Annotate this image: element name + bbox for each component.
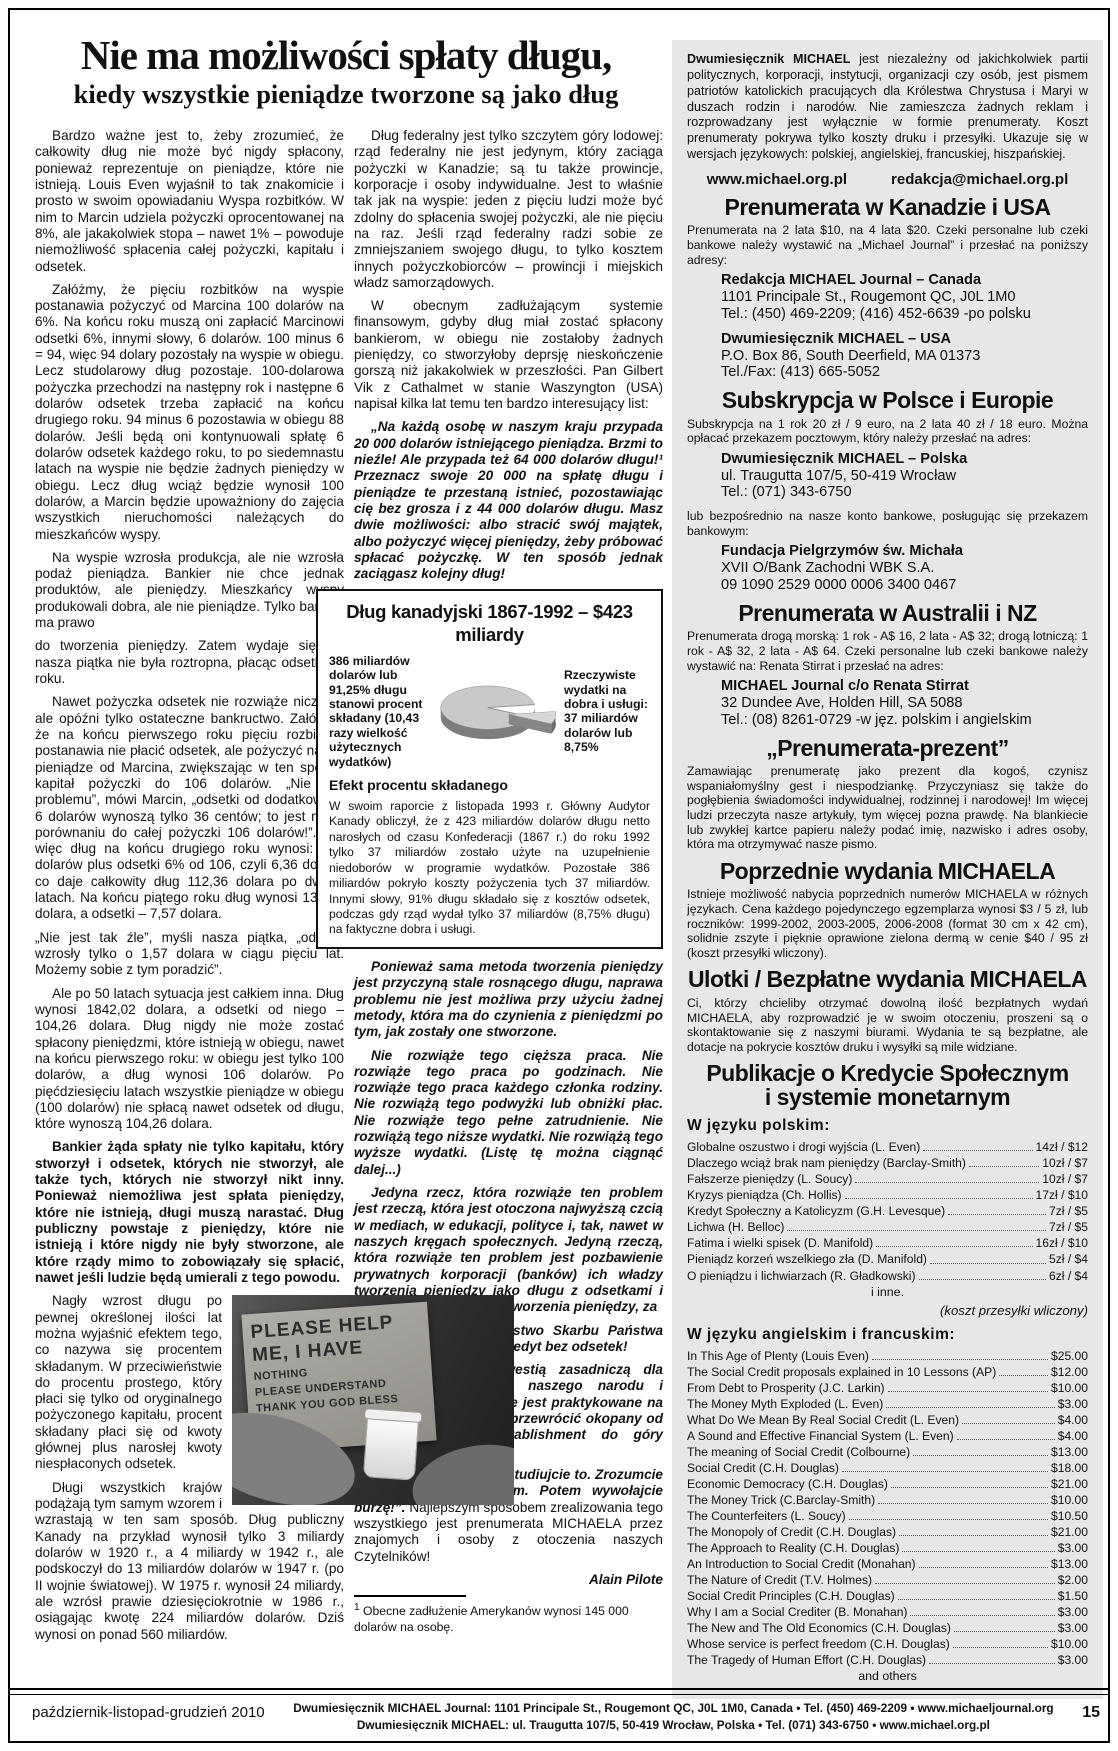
book-title: Lichwa (H. Belloc) bbox=[687, 1220, 784, 1234]
section-body: Prenumerata drogą morską: 1 rok - A$ 16,… bbox=[687, 629, 1088, 673]
dot-leader bbox=[919, 1279, 1046, 1280]
address-line: XVII O/Bank Zachodni WBK S.A. bbox=[721, 560, 1088, 577]
address-line: 32 Dundee Ave, Holden Hill, SA 5088 bbox=[721, 695, 1088, 712]
dot-leader bbox=[957, 1439, 1055, 1440]
book-title: Social Credit (C.H. Douglas) bbox=[687, 1461, 839, 1475]
book-title: An Introduction to Social Credit (Monaha… bbox=[687, 1557, 916, 1571]
book-row: O pieniądzu i lichwiarzach (R. Gładkowsk… bbox=[687, 1269, 1088, 1283]
book-row: Kredyt Społeczny a Katolicyzm (G.H. Leve… bbox=[687, 1204, 1088, 1218]
address-line: ul. Traugutta 107/5, 50-419 Wrocław bbox=[721, 468, 1088, 485]
book-price: 6zł / $4 bbox=[1049, 1269, 1088, 1283]
section-body: Prenumerata na 2 lata $10, na 4 lata $20… bbox=[687, 223, 1088, 267]
address-line: P.O. Box 86, South Deerfield, MA 01373 bbox=[721, 348, 1088, 365]
column-left: Bardzo ważne jest to, żeby zrozumieć, że… bbox=[35, 128, 344, 1650]
dot-leader bbox=[891, 1487, 1048, 1488]
address-block: MICHAEL Journal c/o Renata Stirrat 32 Du… bbox=[721, 678, 1088, 728]
sidebar: Dwumiesięcznik MICHAEL jest niezależny o… bbox=[672, 40, 1103, 1699]
book-row: Fałszerze pieniędzy (L. Soucy) 10zł / $7 bbox=[687, 1172, 1088, 1186]
address-line: Tel.: (08) 8261-0729 -w jęz. polskim i a… bbox=[721, 712, 1088, 729]
dot-leader bbox=[953, 1647, 1048, 1648]
address-title: Redakcja MICHAEL Journal – Canada bbox=[721, 272, 1088, 289]
book-row: From Debt to Prosperity (J.C. Larkin) $1… bbox=[687, 1381, 1088, 1395]
address-title: Fundacja Pielgrzymów św. Michała bbox=[721, 543, 1088, 560]
dot-leader bbox=[969, 1166, 1039, 1167]
dot-leader bbox=[948, 1214, 1046, 1215]
dot-leader bbox=[999, 1375, 1048, 1376]
book-list-polish: Globalne oszustwo i drogi wyjścia (L. Ev… bbox=[687, 1140, 1088, 1282]
chart-title: Dług kanadyjski 1867-1992 – $423 miliard… bbox=[329, 601, 650, 645]
paragraph: W obecnym zadłużającym systemie finansow… bbox=[354, 298, 663, 412]
shipping-note: (koszt przesyłki wliczony) bbox=[687, 1303, 1088, 1318]
hand bbox=[407, 1436, 514, 1505]
email-link[interactable]: redakcja@michael.org.pl bbox=[891, 171, 1068, 188]
paragraph: Załóżmy, że pięciu rozbitków na wyspie p… bbox=[35, 282, 344, 543]
book-price: $13.00 bbox=[1051, 1557, 1088, 1571]
address-line: Tel.: (450) 469-2209; (416) 452-6639 -po… bbox=[721, 306, 1088, 323]
book-title: Why I am a Social Crediter (B. Monahan) bbox=[687, 1605, 907, 1619]
book-title: Dlaczego wciąż brak nam pieniędzy (Barcl… bbox=[687, 1156, 966, 1170]
paragraph: Bardzo ważne jest to, żeby zrozumieć, że… bbox=[35, 128, 344, 275]
footnote-marker: 1 bbox=[354, 1602, 360, 1613]
book-title: Globalne oszustwo i drogi wyjścia (L. Ev… bbox=[687, 1140, 920, 1154]
book-row: In This Age of Plenty (Louis Even) $25.0… bbox=[687, 1349, 1088, 1363]
quote-paragraph: „Na każdą osobę w naszym kraju przypada … bbox=[354, 419, 663, 582]
section-body: Ci, którzy chcieliby otrzymać dowolną il… bbox=[687, 996, 1088, 1055]
book-price: $4.00 bbox=[1058, 1413, 1088, 1427]
book-row: The Social Credit proposals explained in… bbox=[687, 1365, 1088, 1379]
book-price: 14zł / $12 bbox=[1036, 1140, 1088, 1154]
dot-leader bbox=[930, 1263, 1046, 1264]
journal-name: Dwumiesięcznik MICHAEL bbox=[687, 52, 850, 66]
paragraph: Na wyspie wzrosła produkcja, ale nie wzr… bbox=[35, 550, 344, 632]
footnote-text: Obecne zadłużenie Amerykanów wynosi 145 … bbox=[354, 1604, 629, 1633]
section-header-australia-nz: Prenumerata w Australii i NZ bbox=[687, 602, 1088, 625]
book-price: $10.00 bbox=[1051, 1493, 1088, 1507]
footnote: 1 Obecne zadłużenie Amerykanów wynosi 14… bbox=[354, 1602, 663, 1635]
section-header-ulotki: Ulotki / Bezpłatne wydania MICHAELA bbox=[687, 968, 1088, 991]
book-row: An Introduction to Social Credit (Monaha… bbox=[687, 1557, 1088, 1571]
dot-leader bbox=[898, 1599, 1055, 1600]
article-header: Nie ma możliwości spłaty długu, kiedy ws… bbox=[30, 34, 662, 109]
book-row: Social Credit Principles (C.H. Douglas) … bbox=[687, 1589, 1088, 1603]
book-title: The Nature of Credit (T.V. Holmes) bbox=[687, 1573, 872, 1587]
paragraph: Dług federalny jest tylko szczytem góry … bbox=[354, 128, 663, 291]
chart-box: Dług kanadyjski 1867-1992 – $423 miliard… bbox=[316, 589, 663, 949]
section-header-publikacje: Publikacje o Kredycie Społecznym i syste… bbox=[687, 1062, 1088, 1109]
page-number: 15 bbox=[1082, 1700, 1100, 1722]
book-price: $1.50 bbox=[1058, 1589, 1088, 1603]
address-block: Redakcja MICHAEL Journal – Canada 1101 P… bbox=[721, 272, 1088, 322]
publisher-line-poland: Dwumiesięcznik MICHAEL: ul. Traugutta 10… bbox=[279, 1717, 1069, 1734]
book-title: The meaning of Social Credit (Colbourne) bbox=[687, 1445, 910, 1459]
dot-leader bbox=[899, 1535, 1048, 1536]
book-title: Pieniądz korzeń wszelkiego zła (D. Manif… bbox=[687, 1252, 927, 1266]
book-price: $12.00 bbox=[1051, 1365, 1088, 1379]
book-title: From Debt to Prosperity (J.C. Larkin) bbox=[687, 1381, 885, 1395]
address-block: Dwumiesięcznik MICHAEL – USA P.O. Box 86… bbox=[721, 331, 1088, 381]
address-line: Tel./Fax: (413) 665-5052 bbox=[721, 364, 1088, 381]
book-title: The New and The Old Economics (C.H. Doug… bbox=[687, 1621, 951, 1635]
book-price: 7zł / $5 bbox=[1049, 1204, 1088, 1218]
dot-leader bbox=[787, 1230, 1046, 1231]
publications-title-line2: i systemie monetarnym bbox=[687, 1086, 1088, 1109]
pie-chart bbox=[429, 658, 559, 764]
footer-rule bbox=[10, 1688, 1108, 1695]
book-price: $10.00 bbox=[1051, 1637, 1088, 1651]
paragraph-bold-italic: Nie rozwiąże tego cięższa praca. Nie roz… bbox=[354, 1048, 663, 1179]
more-note: i inne. bbox=[687, 1285, 1088, 1299]
section-header-polska-europa: Subskrypcja w Polsce i Europie bbox=[687, 389, 1088, 412]
book-price: $13.00 bbox=[1051, 1445, 1088, 1459]
book-row: Fatima i wielki spisek (D. Manifold) 16z… bbox=[687, 1236, 1088, 1250]
dot-leader bbox=[962, 1423, 1055, 1424]
paper-cup bbox=[362, 1413, 418, 1480]
book-title: The Counterfeiters (L. Soucy) bbox=[687, 1509, 846, 1523]
book-price: $21.00 bbox=[1051, 1477, 1088, 1491]
section-body: Istnieje możliwość nabycia poprzednich n… bbox=[687, 887, 1088, 960]
book-price: $3.00 bbox=[1058, 1541, 1088, 1555]
section-header-kanada-usa: Prenumerata w Kanadzie i USA bbox=[687, 196, 1088, 219]
bank-note: lub bezpośrednio na nasze konto bankowe,… bbox=[687, 509, 1088, 538]
chart-caption: W swoim raporcie z listopada 1993 r. Głó… bbox=[329, 799, 650, 938]
book-row: Economic Democracy (C.H. Douglas) $21.00 bbox=[687, 1477, 1088, 1491]
book-row: What Do We Mean By Real Social Credit (L… bbox=[687, 1413, 1088, 1427]
book-price: $3.00 bbox=[1058, 1621, 1088, 1635]
book-title: Social Credit Principles (C.H. Douglas) bbox=[687, 1589, 895, 1603]
dot-leader bbox=[902, 1551, 1054, 1552]
book-title: Whose service is perfect freedom (C.H. D… bbox=[687, 1637, 950, 1651]
subsection-polish: W języku polskim: bbox=[687, 1117, 1088, 1135]
dot-leader bbox=[888, 1391, 1048, 1392]
book-price: $18.00 bbox=[1051, 1461, 1088, 1475]
book-row: Pieniądz korzeń wszelkiego zła (D. Manif… bbox=[687, 1252, 1088, 1266]
dot-leader bbox=[929, 1663, 1055, 1664]
book-price: 10zł / $7 bbox=[1042, 1156, 1088, 1170]
dot-leader bbox=[954, 1631, 1055, 1632]
book-row: Dlaczego wciąż brak nam pieniędzy (Barcl… bbox=[687, 1156, 1088, 1170]
book-title: O pieniądzu i lichwiarzach (R. Gładkowsk… bbox=[687, 1269, 916, 1283]
book-price: $3.00 bbox=[1058, 1397, 1088, 1411]
dot-leader bbox=[876, 1246, 1032, 1247]
paragraph-bold: Bankier żąda spłaty nie tylko kapitału, … bbox=[35, 1139, 344, 1286]
address-block: Fundacja Pielgrzymów św. Michała XVII O/… bbox=[721, 543, 1088, 593]
book-title: The Social Credit proposals explained in… bbox=[687, 1365, 996, 1379]
footnote-rule bbox=[354, 1595, 466, 1597]
section-header-prezent: „Prenumerata-prezent” bbox=[687, 737, 1088, 760]
book-title: The Money Myth Exploded (L. Even) bbox=[687, 1397, 883, 1411]
book-title: Kredyt Społeczny a Katolicyzm (G.H. Leve… bbox=[687, 1204, 945, 1218]
book-price: 17zł / $10 bbox=[1036, 1188, 1088, 1202]
paragraph: do tworzenia pieniędzy. Zatem wydaje się… bbox=[35, 638, 344, 687]
book-row: The meaning of Social Credit (Colbourne)… bbox=[687, 1445, 1088, 1459]
book-row: Lichwa (H. Belloc) 7zł / $5 bbox=[687, 1220, 1088, 1234]
book-price: $3.00 bbox=[1058, 1605, 1088, 1619]
address-title: Dwumiesięcznik MICHAEL – Polska bbox=[721, 451, 1088, 468]
website-link[interactable]: www.michael.org.pl bbox=[707, 171, 847, 188]
street-photo: PLEASE HELPME, I HAVENOTHINGPLEASE UNDER… bbox=[232, 1295, 514, 1505]
book-title: The Money Trick (C.Barclay-Smith) bbox=[687, 1493, 875, 1507]
book-price: $3.00 bbox=[1058, 1653, 1088, 1667]
book-row: The Tragedy of Human Effort (C.H. Dougla… bbox=[687, 1653, 1088, 1667]
dot-leader bbox=[849, 1519, 1048, 1520]
book-row: Globalne oszustwo i drogi wyjścia (L. Ev… bbox=[687, 1140, 1088, 1154]
paragraph: Nawet pożyczka odsetek nie rozwiąże nicz… bbox=[35, 694, 344, 922]
publications-title-line1: Publikacje o Kredycie Społecznym bbox=[687, 1062, 1088, 1085]
book-row: The Counterfeiters (L. Soucy) $10.50 bbox=[687, 1509, 1088, 1523]
book-title: What Do We Mean By Real Social Credit (L… bbox=[687, 1413, 959, 1427]
book-title: The Monopoly of Credit (C.H. Douglas) bbox=[687, 1525, 896, 1539]
book-row: Kryzys pieniądza (Ch. Hollis) 17zł / $10 bbox=[687, 1188, 1088, 1202]
book-title: Fałszerze pieniędzy (L. Soucy) bbox=[687, 1172, 852, 1186]
sidebar-intro: Dwumiesięcznik MICHAEL jest niezależny o… bbox=[687, 52, 1088, 163]
book-price: $10.50 bbox=[1051, 1509, 1088, 1523]
book-title: The Tragedy of Human Effort (C.H. Dougla… bbox=[687, 1653, 926, 1667]
book-title: Economic Democracy (C.H. Douglas) bbox=[687, 1477, 888, 1491]
book-row: The Monopoly of Credit (C.H. Douglas) $2… bbox=[687, 1525, 1088, 1539]
chart-row: 386 miliardów dolarów lub 91,25% długu s… bbox=[329, 654, 650, 769]
book-price: $4.00 bbox=[1058, 1429, 1088, 1443]
dot-leader bbox=[842, 1471, 1048, 1472]
book-row: The Money Myth Exploded (L. Even) $3.00 bbox=[687, 1397, 1088, 1411]
issue-date: październik-listopad-grudzień 2010 bbox=[32, 1700, 265, 1721]
page-footer: październik-listopad-grudzień 2010 Dwumi… bbox=[32, 1700, 1100, 1734]
book-price: 5zł / $4 bbox=[1049, 1252, 1088, 1266]
book-price: 16zł / $10 bbox=[1036, 1236, 1088, 1250]
dot-leader bbox=[845, 1198, 1033, 1199]
address-title: Dwumiesięcznik MICHAEL – USA bbox=[721, 331, 1088, 348]
book-price: $10.00 bbox=[1051, 1381, 1088, 1395]
newspaper-page: Nie ma możliwości spłaty długu, kiedy ws… bbox=[0, 0, 1118, 1751]
book-title: The Approach to Reality (C.H. Douglas) bbox=[687, 1541, 899, 1555]
more-note: and others bbox=[687, 1669, 1088, 1683]
subsection-english-french: W języku angielskim i francuskim: bbox=[687, 1326, 1088, 1344]
dot-leader bbox=[875, 1583, 1055, 1584]
book-row: Why I am a Social Crediter (B. Monahan) … bbox=[687, 1605, 1088, 1619]
paragraph: „Nie jest tak źle”, myśli nasza piątka, … bbox=[35, 930, 344, 979]
book-title: Fatima i wielki spisek (D. Manifold) bbox=[687, 1236, 873, 1250]
section-header-poprzednie-wydania: Poprzednie wydania MICHAELA bbox=[687, 860, 1088, 883]
book-title: A Sound and Effective Financial System (… bbox=[687, 1429, 954, 1443]
book-price: 7zł / $5 bbox=[1049, 1220, 1088, 1234]
paragraph-bold-italic: Ponieważ sama metoda tworzenia pieniędzy… bbox=[354, 959, 663, 1041]
dot-leader bbox=[913, 1455, 1048, 1456]
book-list-english: In This Age of Plenty (Louis Even) $25.0… bbox=[687, 1349, 1088, 1667]
contact-links: www.michael.org.pl redakcja@michael.org.… bbox=[687, 171, 1088, 188]
section-body: Subskrypcja na 1 rok 20 zł / 9 euro, na … bbox=[687, 417, 1088, 446]
book-row: The Nature of Credit (T.V. Holmes) $2.00 bbox=[687, 1573, 1088, 1587]
address-line: Tel.: (071) 343-6750 bbox=[721, 484, 1088, 501]
dot-leader bbox=[910, 1615, 1054, 1616]
book-price: $2.00 bbox=[1058, 1573, 1088, 1587]
address-title: MICHAEL Journal c/o Renata Stirrat bbox=[721, 678, 1088, 695]
book-price: $21.00 bbox=[1051, 1525, 1088, 1539]
dot-leader bbox=[919, 1567, 1048, 1568]
chart-left-label: 386 miliardów dolarów lub 91,25% długu s… bbox=[329, 654, 424, 769]
book-row: A Sound and Effective Financial System (… bbox=[687, 1429, 1088, 1443]
chart-right-label: Rzeczywiste wydatki na dobra i usługi: 3… bbox=[564, 668, 650, 754]
chart-subheading: Efekt procentu składanego bbox=[329, 777, 650, 794]
book-row: Social Credit (C.H. Douglas) $18.00 bbox=[687, 1461, 1088, 1475]
intro-text: jest niezależny od jakichkolwiek partii … bbox=[687, 52, 1088, 161]
book-title: Kryzys pieniądza (Ch. Hollis) bbox=[687, 1188, 842, 1202]
sub-headline: kiedy wszystkie pieniądze tworzone są ja… bbox=[30, 81, 662, 109]
dot-leader bbox=[855, 1182, 1039, 1183]
dot-leader bbox=[923, 1150, 1032, 1151]
main-headline: Nie ma możliwości spłaty długu, bbox=[30, 34, 662, 77]
book-row: The New and The Old Economics (C.H. Doug… bbox=[687, 1621, 1088, 1635]
address-line: 1101 Principale St., Rougemont QC, J0L 1… bbox=[721, 289, 1088, 306]
book-row: The Money Trick (C.Barclay-Smith) $10.00 bbox=[687, 1493, 1088, 1507]
book-price: $25.00 bbox=[1051, 1349, 1088, 1363]
dot-leader bbox=[878, 1503, 1048, 1504]
publisher-info: Dwumiesięcznik MICHAEL Journal: 1101 Pri… bbox=[279, 1700, 1069, 1734]
dot-leader bbox=[886, 1407, 1054, 1408]
publisher-line-canada: Dwumiesięcznik MICHAEL Journal: 1101 Pri… bbox=[279, 1700, 1069, 1717]
book-price: 10zł / $7 bbox=[1042, 1172, 1088, 1186]
dot-leader bbox=[872, 1359, 1048, 1360]
section-body: Zamawiając prenumeratę jako prezent dla … bbox=[687, 764, 1088, 852]
author-signature: Alain Pilote bbox=[354, 1572, 663, 1588]
book-title: In This Age of Plenty (Louis Even) bbox=[687, 1349, 869, 1363]
paragraph: Ale po 50 latach sytuacja jest całkiem i… bbox=[35, 986, 344, 1133]
book-row: The Approach to Reality (C.H. Douglas) $… bbox=[687, 1541, 1088, 1555]
article-columns: Bardzo ważne jest to, żeby zrozumieć, że… bbox=[35, 128, 663, 1650]
bank-account-number: 09 1090 2529 0000 0006 3400 0467 bbox=[721, 577, 1088, 594]
book-row: Whose service is perfect freedom (C.H. D… bbox=[687, 1637, 1088, 1651]
address-block: Dwumiesięcznik MICHAEL – Polska ul. Trau… bbox=[721, 451, 1088, 501]
